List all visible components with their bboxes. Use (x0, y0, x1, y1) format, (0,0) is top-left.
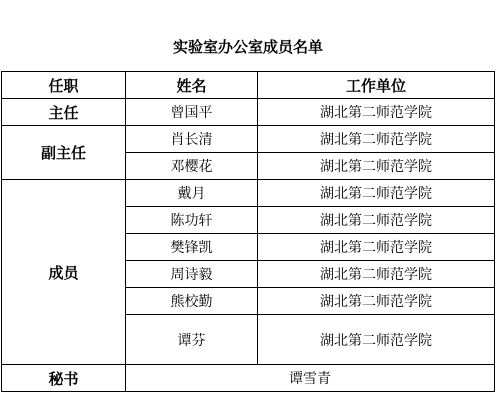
name-cell: 周诗毅 (126, 261, 258, 288)
name-cell: 樊锋凯 (126, 234, 258, 261)
secretary-name-cell: 谭雪青 (126, 365, 495, 392)
table-row: 成员 戴月 湖北第二师范学院 (2, 180, 495, 207)
unit-cell: 湖北第二师范学院 (258, 153, 495, 180)
name-cell: 陈功轩 (126, 207, 258, 234)
table-header-row: 任职 姓名 工作单位 (2, 72, 495, 99)
name-cell: 邓樱花 (126, 153, 258, 180)
unit-cell: 湖北第二师范学院 (258, 315, 495, 365)
name-cell: 熊校勤 (126, 288, 258, 315)
unit-cell: 湖北第二师范学院 (258, 99, 495, 126)
name-cell: 肖长清 (126, 126, 258, 153)
role-cell-director: 主任 (2, 99, 126, 126)
role-cell-deputy-director: 副主任 (2, 126, 126, 180)
unit-cell: 湖北第二师范学院 (258, 234, 495, 261)
role-cell-members: 成员 (2, 180, 126, 365)
unit-cell: 湖北第二师范学院 (258, 261, 495, 288)
table-row: 副主任 肖长清 湖北第二师范学院 (2, 126, 495, 153)
unit-cell: 湖北第二师范学院 (258, 288, 495, 315)
role-cell-secretary: 秘书 (2, 365, 126, 392)
table-row: 主任 曾国平 湖北第二师范学院 (2, 99, 495, 126)
header-unit: 工作单位 (258, 72, 495, 99)
members-table: 任职 姓名 工作单位 主任 曾国平 湖北第二师范学院 副主任 肖长清 湖北第二师… (1, 71, 495, 392)
header-role: 任职 (2, 72, 126, 99)
document-title: 实验室办公室成员名单 (0, 36, 496, 57)
unit-cell: 湖北第二师范学院 (258, 126, 495, 153)
header-name: 姓名 (126, 72, 258, 99)
unit-cell: 湖北第二师范学院 (258, 180, 495, 207)
name-cell: 曾国平 (126, 99, 258, 126)
name-cell: 谭芬 (126, 315, 258, 365)
name-cell: 戴月 (126, 180, 258, 207)
unit-cell: 湖北第二师范学院 (258, 207, 495, 234)
table-row-secretary: 秘书 谭雪青 (2, 365, 495, 392)
